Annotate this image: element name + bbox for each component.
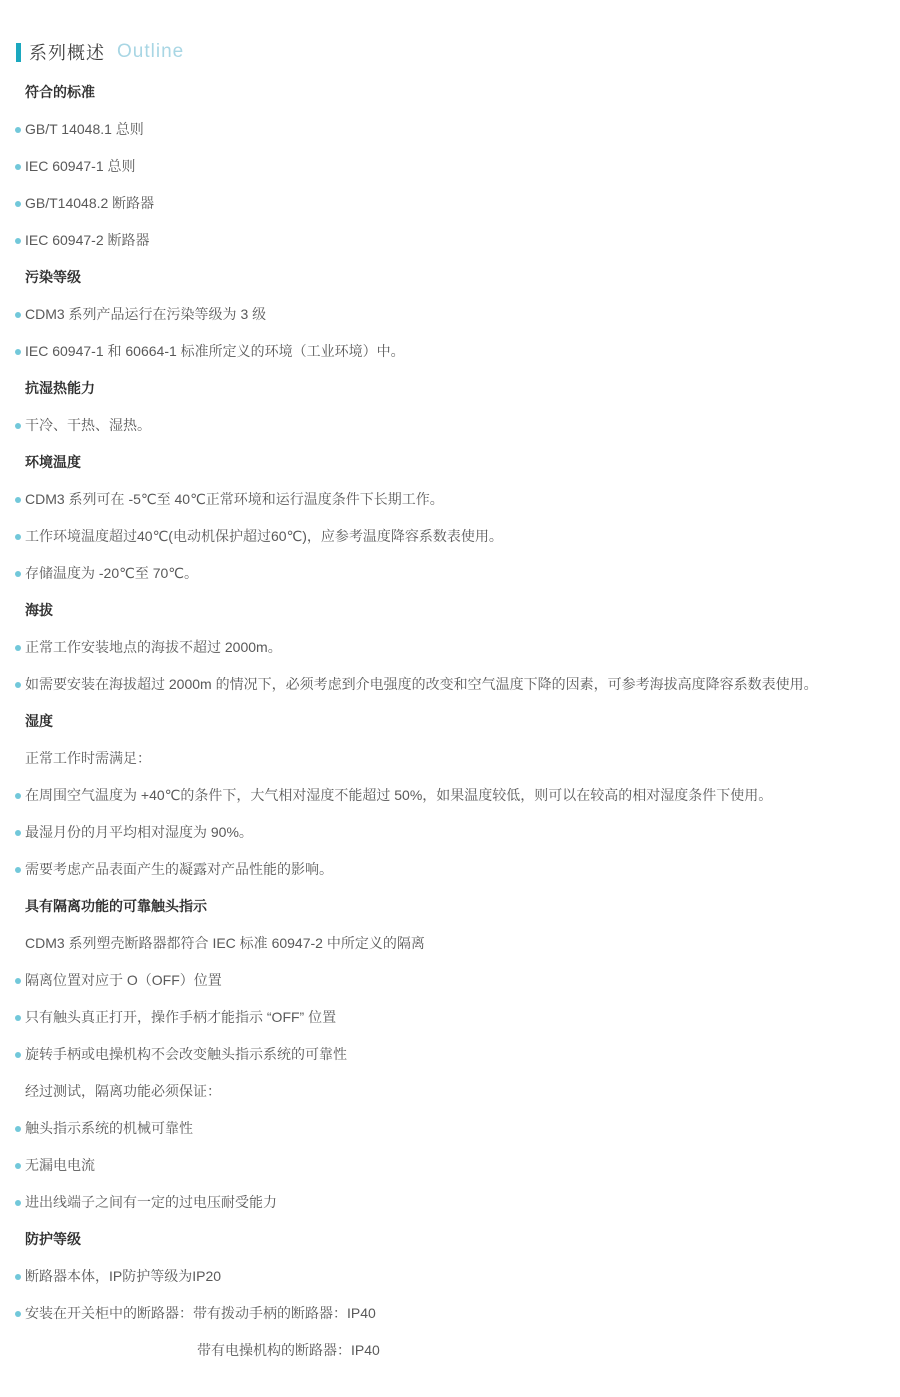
list-item: 干冷、干热、湿热。 [0,407,900,444]
bullet-dot-icon [15,164,21,170]
bullet-dot-icon [15,1200,21,1206]
section-heading: 湿度 [0,703,900,740]
section-heading: 污染等级 [0,259,900,296]
bullet-dot-icon [15,1015,21,1021]
list-item: 旋转手柄或电操机构不会改变触头指示系统的可靠性 [0,1036,900,1073]
bullet-dot-icon [15,1052,21,1058]
section-heading: 海拔 [0,592,900,629]
bullet-dot-icon [15,238,21,244]
item-text: 如需要安装在海拔超过 2000m 的情况下，必须考虑到介电强度的改变和空气温度下… [25,676,818,692]
item-text: 断路器本体，IP防护等级为IP20 [25,1268,221,1284]
bullet-dot-icon [15,349,21,355]
bullet-dot-icon [15,830,21,836]
item-text: 最湿月份的月平均相对湿度为 90%。 [25,824,253,840]
section-heading: 符合的标准 [0,74,900,111]
item-text: GB/T14048.2 断路器 [25,195,154,211]
list-item: 如需要安装在海拔超过 2000m 的情况下，必须考虑到介电强度的改变和空气温度下… [0,666,900,703]
item-text: GB/T 14048.1 总则 [25,121,144,137]
item-text: 无漏电电流 [25,1157,95,1173]
bullet-dot-icon [15,867,21,873]
title-accent-bar [16,43,21,62]
section-heading: 抗湿热能力 [0,370,900,407]
list-item: 最湿月份的月平均相对湿度为 90%。 [0,814,900,851]
list-item: 带有电操机构的断路器：IP40 [0,1332,900,1369]
list-item: 断路器本体，IP防护等级为IP20 [0,1258,900,1295]
list-item: 安装在开关柜中的断路器：带有拨动手柄的断路器：IP40 [0,1295,900,1332]
list-item: 正常工作安装地点的海拔不超过 2000m。 [0,629,900,666]
bullet-dot-icon [15,534,21,540]
item-text: 工作环境温度超过40℃(电动机保护超过60℃)，应参考温度降容系数表使用。 [25,528,503,544]
list-item: 存储温度为 -20℃至 70℃。 [0,555,900,592]
list-item: 只有触头真正打开，操作手柄才能指示 “OFF” 位置 [0,999,900,1036]
list-item: IEC 60947-1 和 60664-1 标准所定义的环境（工业环境）中。 [0,333,900,370]
item-text: IEC 60947-2 断路器 [25,232,150,248]
bullet-dot-icon [15,1163,21,1169]
item-text: 经过测试，隔离功能必须保证： [25,1083,221,1099]
section-heading: 环境温度 [0,444,900,481]
page-title: 系列概述 Outline [16,40,900,64]
bullet-dot-icon [15,793,21,799]
bullet-dot-icon [15,127,21,133]
list-item: 需要考虑产品表面产生的凝露对产品性能的影响。 [0,851,900,888]
item-text: CDM3 系列可在 -5℃至 40℃正常环境和运行温度条件下长期工作。 [25,491,444,507]
document-page: 系列概述 Outline 符合的标准GB/T 14048.1 总则IEC 609… [0,0,900,1397]
list-item: 在周围空气温度为 +40℃的条件下，大气相对湿度不能超过 50%，如果温度较低，… [0,777,900,814]
list-item: IEC 60947-2 断路器 [0,222,900,259]
item-text: 正常工作时需满足： [25,750,151,766]
list-item: 经过测试，隔离功能必须保证： [0,1073,900,1110]
item-text: CDM3 系列塑壳断路器都符合 IEC 标准 60947-2 中所定义的隔离 [25,935,425,951]
list-item: GB/T14048.2 断路器 [0,185,900,222]
list-item: CDM3 系列可在 -5℃至 40℃正常环境和运行温度条件下长期工作。 [0,481,900,518]
item-text: CDM3 系列产品运行在污染等级为 3 级 [25,306,266,322]
bullet-dot-icon [15,497,21,503]
item-text: 正常工作安装地点的海拔不超过 2000m。 [25,639,282,655]
list-item: 正常工作时需满足： [0,740,900,777]
sections-container: 符合的标准GB/T 14048.1 总则IEC 60947-1 总则GB/T14… [0,74,900,1369]
item-text: 进出线端子之间有一定的过电压耐受能力 [25,1194,277,1210]
item-text: 隔离位置对应于 O（OFF）位置 [25,972,222,988]
bullet-dot-icon [15,682,21,688]
section-heading: 具有隔离功能的可靠触头指示 [0,888,900,925]
item-text: 触头指示系统的机械可靠性 [25,1120,193,1136]
item-text: 需要考虑产品表面产生的凝露对产品性能的影响。 [25,861,333,877]
bullet-dot-icon [15,201,21,207]
bullet-dot-icon [15,645,21,651]
list-item: IEC 60947-1 总则 [0,148,900,185]
bullet-dot-icon [15,312,21,318]
page-title-english: Outline [117,41,184,63]
list-item: 进出线端子之间有一定的过电压耐受能力 [0,1184,900,1221]
bullet-dot-icon [15,1126,21,1132]
item-text: 只有触头真正打开，操作手柄才能指示 “OFF” 位置 [25,1009,336,1025]
list-item: 无漏电电流 [0,1147,900,1184]
item-text: 在周围空气温度为 +40℃的条件下，大气相对湿度不能超过 50%，如果温度较低，… [25,787,772,803]
item-text: IEC 60947-1 总则 [25,158,136,174]
bullet-dot-icon [15,1311,21,1317]
item-text: 带有电操机构的断路器：IP40 [197,1342,380,1358]
item-text: 干冷、干热、湿热。 [25,417,151,433]
bullet-dot-icon [15,423,21,429]
list-item: 触头指示系统的机械可靠性 [0,1110,900,1147]
bullet-dot-icon [15,571,21,577]
list-item: GB/T 14048.1 总则 [0,111,900,148]
item-text: IEC 60947-1 和 60664-1 标准所定义的环境（工业环境）中。 [25,343,405,359]
bullet-dot-icon [15,1274,21,1280]
list-item: 工作环境温度超过40℃(电动机保护超过60℃)，应参考温度降容系数表使用。 [0,518,900,555]
list-item: CDM3 系列产品运行在污染等级为 3 级 [0,296,900,333]
item-text: 安装在开关柜中的断路器：带有拨动手柄的断路器：IP40 [25,1305,376,1321]
bullet-dot-icon [15,978,21,984]
list-item: 隔离位置对应于 O（OFF）位置 [0,962,900,999]
item-text: 旋转手柄或电操机构不会改变触头指示系统的可靠性 [25,1046,347,1062]
page-title-chinese: 系列概述 [29,39,105,65]
item-text: 存储温度为 -20℃至 70℃。 [25,565,198,581]
section-heading: 防护等级 [0,1221,900,1258]
list-item: CDM3 系列塑壳断路器都符合 IEC 标准 60947-2 中所定义的隔离 [0,925,900,962]
